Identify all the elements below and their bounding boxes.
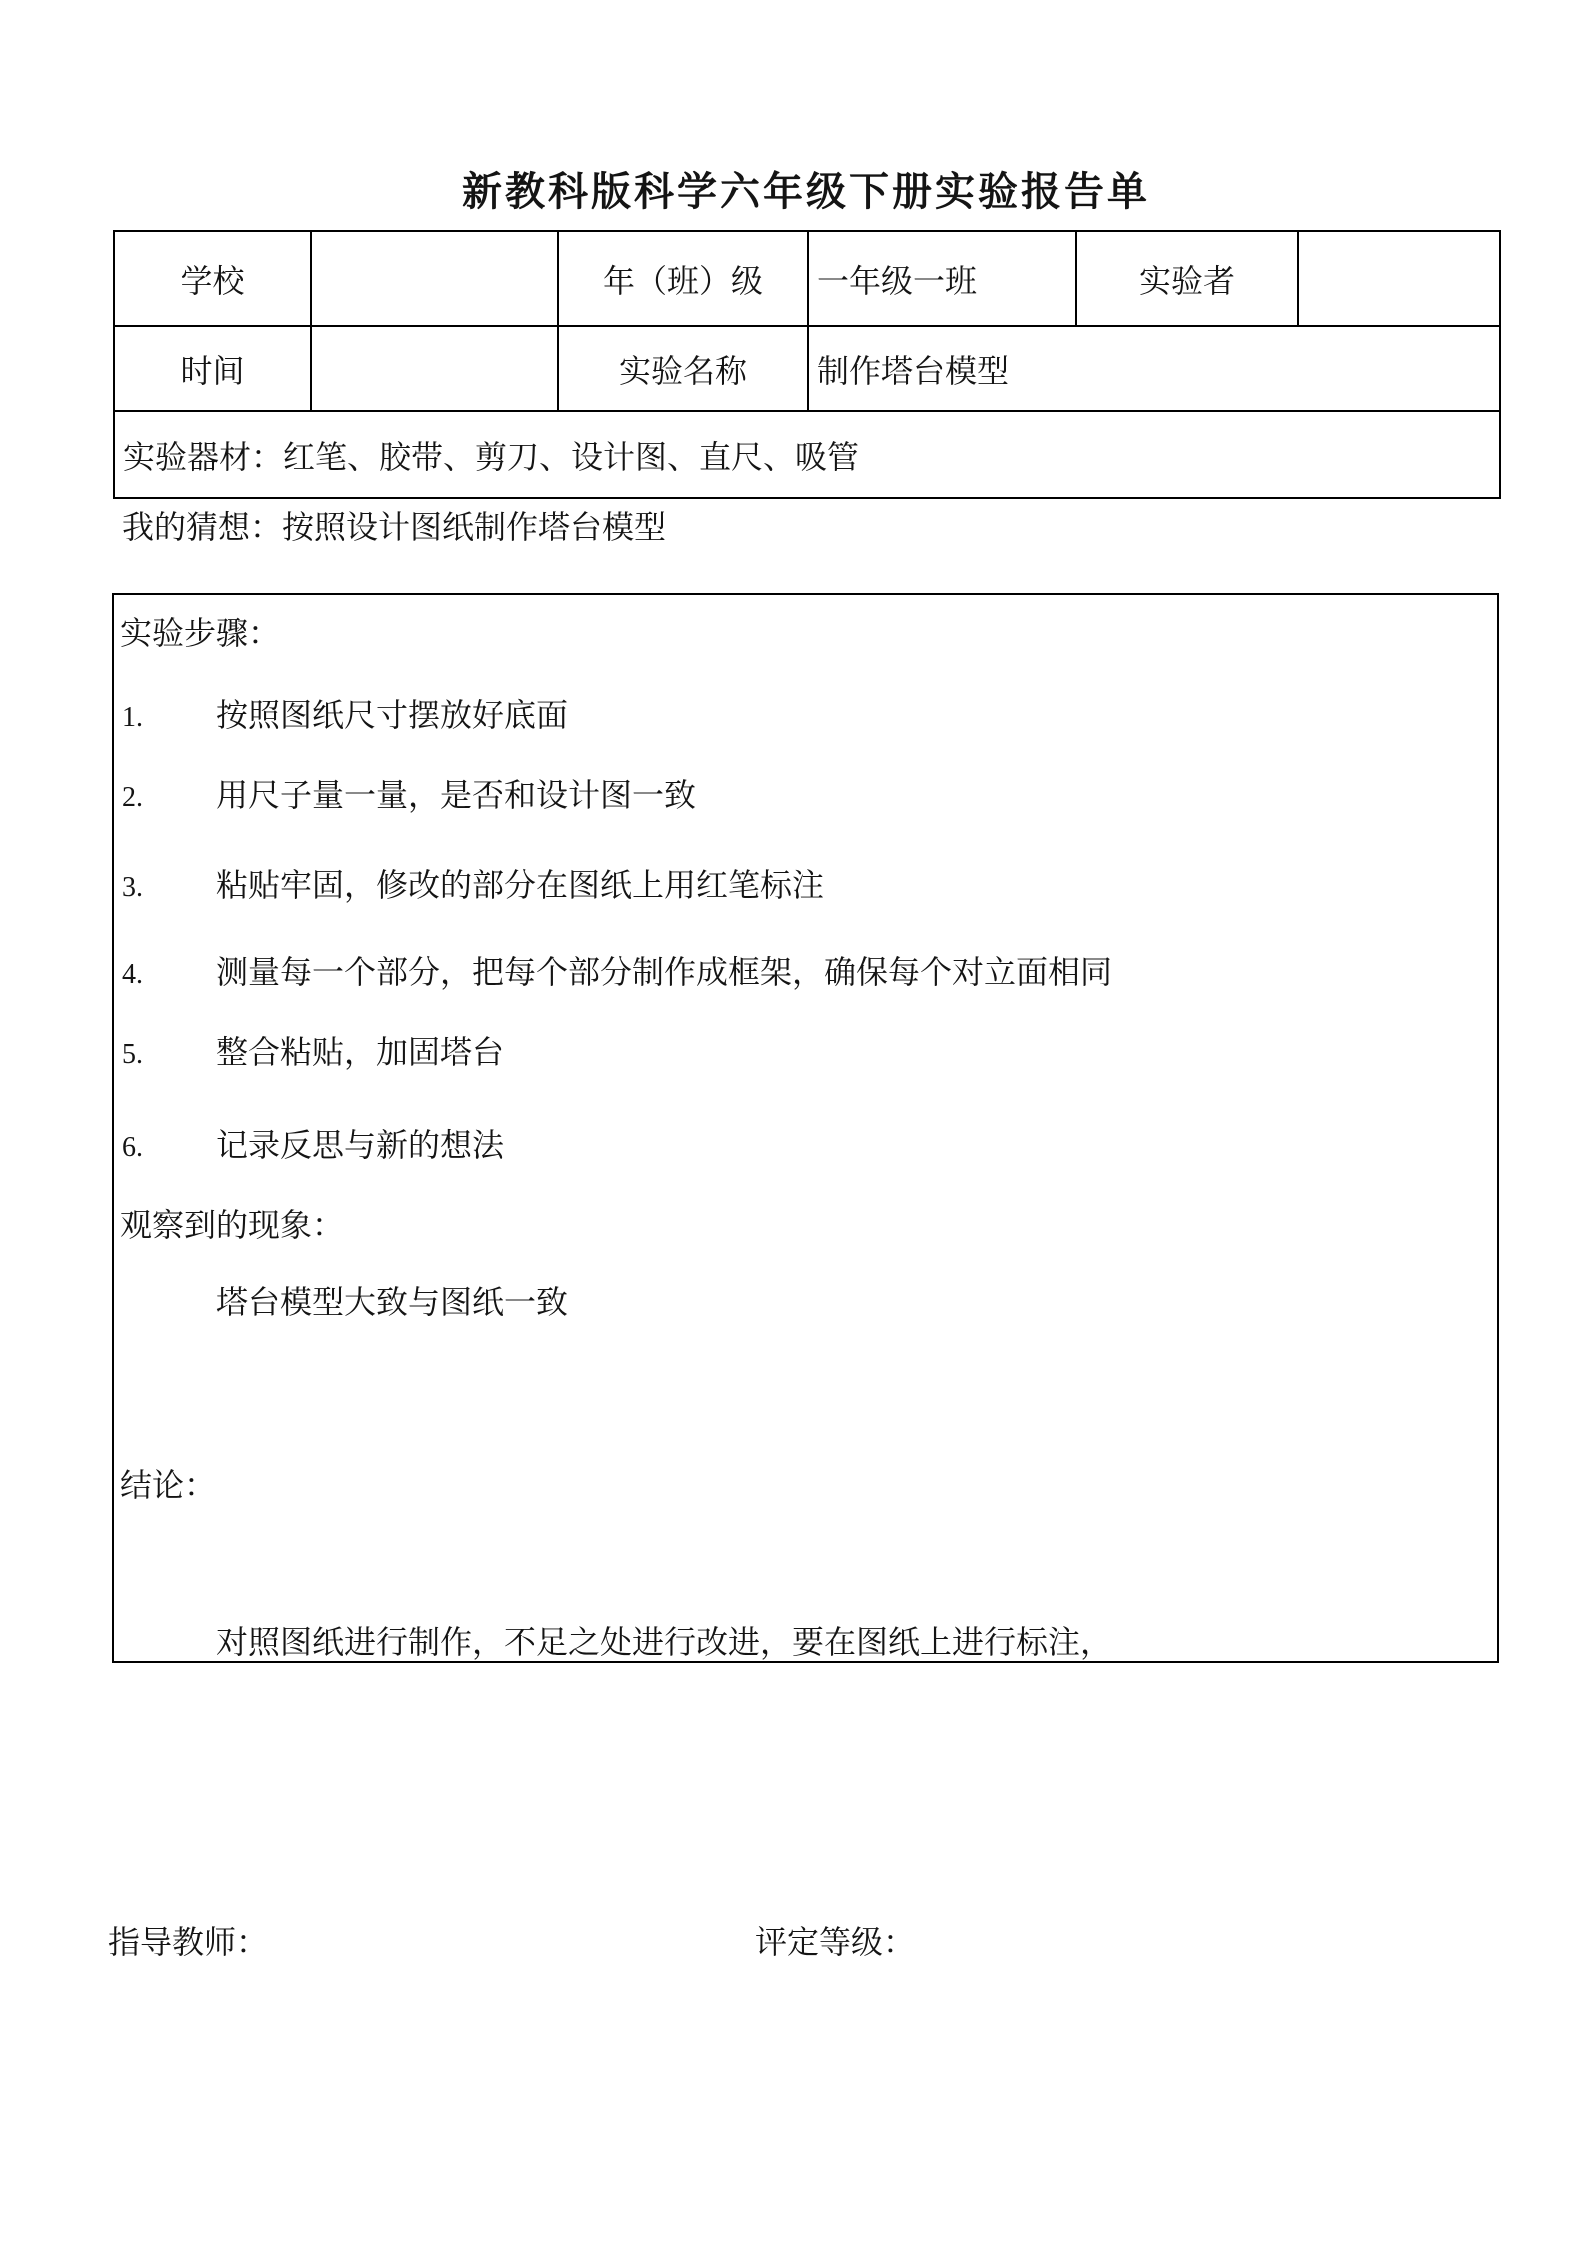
experimenter-label-cell: 实验者: [1076, 231, 1298, 326]
table-row: 学校 年（班）级 一年级一班 实验者: [114, 231, 1500, 326]
step-number: 5.: [122, 1039, 216, 1071]
school-label-cell: 学校: [114, 231, 311, 326]
step-text: 用尺子量一量，是否和设计图一致: [216, 777, 696, 813]
grade-label-cell: 年（班）级: [558, 231, 808, 326]
experiment-detail-box: 实验步骤： 1.按照图纸尺寸摆放好底面 2.用尺子量一量，是否和设计图一致 3.…: [112, 593, 1499, 1663]
document-page: 新教科版科学六年级下册实验报告单 学校 年（班）级 一年级一班 实验者 时间 实…: [0, 0, 1586, 2244]
step-number: 6.: [122, 1132, 216, 1164]
step-number: 1.: [122, 702, 216, 734]
steps-heading: 实验步骤：: [120, 608, 280, 654]
step-item: 3.粘贴牢固，修改的部分在图纸上用红笔标注: [122, 860, 824, 906]
step-item: 1.按照图纸尺寸摆放好底面: [122, 690, 568, 736]
experiment-name-label-cell: 实验名称: [558, 326, 808, 411]
rating-label: 评定等级：: [755, 1917, 915, 1963]
step-text: 测量每一个部分，把每个部分制作成框架，确保每个对立面相同: [216, 954, 1112, 990]
step-number: 2.: [122, 782, 216, 814]
info-table: 学校 年（班）级 一年级一班 实验者 时间 实验名称 制作塔台模型 实验器材：红…: [113, 230, 1501, 499]
teacher-label: 指导教师：: [108, 1917, 268, 1963]
experimenter-value-cell: [1298, 231, 1500, 326]
observation-heading: 观察到的现象：: [120, 1200, 344, 1246]
school-value-cell: [311, 231, 558, 326]
step-item: 5.整合粘贴，加固塔台: [122, 1027, 504, 1073]
time-label-cell: 时间: [114, 326, 311, 411]
step-item: 6.记录反思与新的想法: [122, 1120, 504, 1166]
conclusion-text: 对照图纸进行制作，不足之处进行改进，要在图纸上进行标注，: [216, 1617, 1112, 1663]
step-text: 粘贴牢固，修改的部分在图纸上用红笔标注: [216, 867, 824, 903]
materials-cell: 实验器材：红笔、胶带、剪刀、设计图、直尺、吸管: [114, 411, 1500, 498]
step-item: 4.测量每一个部分，把每个部分制作成框架，确保每个对立面相同: [122, 947, 1112, 993]
step-text: 按照图纸尺寸摆放好底面: [216, 697, 568, 733]
step-number: 4.: [122, 959, 216, 991]
table-row: 实验器材：红笔、胶带、剪刀、设计图、直尺、吸管: [114, 411, 1500, 498]
page-title: 新教科版科学六年级下册实验报告单: [113, 160, 1499, 217]
guess-line: 我的猜想：按照设计图纸制作塔台模型: [122, 502, 666, 548]
table-row: 时间 实验名称 制作塔台模型: [114, 326, 1500, 411]
time-value-cell: [311, 326, 558, 411]
grade-value-cell: 一年级一班: [808, 231, 1076, 326]
observation-text: 塔台模型大致与图纸一致: [216, 1277, 568, 1323]
step-number: 3.: [122, 872, 216, 904]
step-text: 整合粘贴，加固塔台: [216, 1034, 504, 1070]
experiment-name-value-cell: 制作塔台模型: [808, 326, 1500, 411]
conclusion-heading: 结论：: [120, 1460, 216, 1506]
step-text: 记录反思与新的想法: [216, 1127, 504, 1163]
step-item: 2.用尺子量一量，是否和设计图一致: [122, 770, 696, 816]
